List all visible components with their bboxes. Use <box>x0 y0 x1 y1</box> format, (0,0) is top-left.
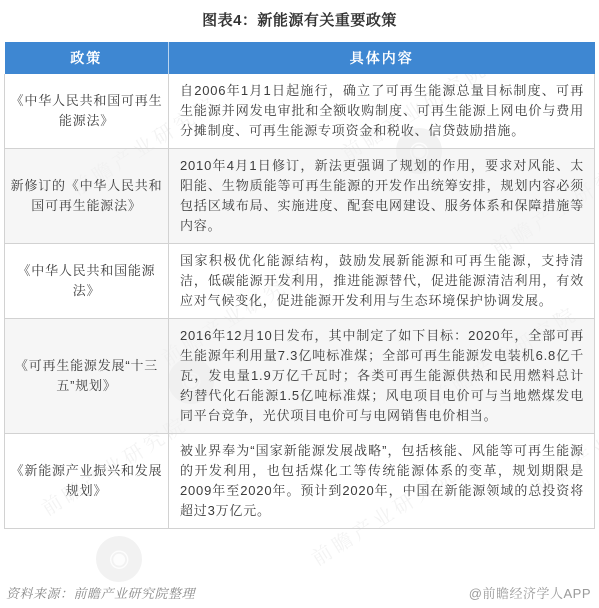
table-row: 《新能源产业振兴和发展规划》 被业界奉为“国家新能源发展战略”，包括核能、风能等… <box>5 434 595 529</box>
policy-table-header: 政策 具体内容 <box>5 42 595 74</box>
policy-table-body: 《中华人民共和国可再生能源法》 自2006年1月1日起施行，确立了可再生能源总量… <box>5 74 595 529</box>
policy-content-cell: 国家积极优化能源结构，鼓励发展新能源和可再生能源，支持清洁，低碳能源开发利用，推… <box>169 244 595 319</box>
policy-name-cell: 《中华人民共和国能源法》 <box>5 244 169 319</box>
header-row: 政策 具体内容 <box>5 42 595 74</box>
report-figure-page: 前瞻产业研究院 前瞻产业研究院 前瞻产业研究院 前瞻产业研究院 前瞻产业研究院 … <box>0 0 599 608</box>
source-note: 资料来源：前瞻产业研究院整理 <box>6 583 195 602</box>
watermark-logo-icon: ◉ <box>90 530 149 589</box>
table-row: 《中华人民共和国可再生能源法》 自2006年1月1日起施行，确立了可再生能源总量… <box>5 74 595 149</box>
table-row: 《中华人民共和国能源法》 国家积极优化能源结构，鼓励发展新能源和可再生能源，支持… <box>5 244 595 319</box>
policy-name-cell: 《可再生能源发展“十三五”规划》 <box>5 319 169 434</box>
column-header-content: 具体内容 <box>169 42 595 74</box>
policy-name-cell: 新修订的《中华人民共和国可再生能源法》 <box>5 149 169 244</box>
policy-name-cell: 《新能源产业振兴和发展规划》 <box>5 434 169 529</box>
table-row: 《可再生能源发展“十三五”规划》 2016年12月10日发布，其中制定了如下目标… <box>5 319 595 434</box>
column-header-policy: 政策 <box>5 42 169 74</box>
policy-content-cell: 自2006年1月1日起施行，确立了可再生能源总量目标制度、可再生能源并网发电审批… <box>169 74 595 149</box>
page-title: 图表4：新能源有关重要政策 <box>0 0 599 30</box>
policy-content-cell: 被业界奉为“国家新能源发展战略”，包括核能、风能等可再生能源的开发利用，也包括煤… <box>169 434 595 529</box>
table-row: 新修订的《中华人民共和国可再生能源法》 2010年4月1日修订，新法更强调了规划… <box>5 149 595 244</box>
brand-credit: @前瞻经济学人APP <box>469 583 591 602</box>
policy-content-cell: 2016年12月10日发布，其中制定了如下目标：2020年，全部可再生能源年利用… <box>169 319 595 434</box>
figure-footer: 资料来源：前瞻产业研究院整理 @前瞻经济学人APP <box>0 583 599 602</box>
policy-name-cell: 《中华人民共和国可再生能源法》 <box>5 74 169 149</box>
policy-content-cell: 2010年4月1日修订，新法更强调了规划的作用，要求对风能、太阳能、生物质能等可… <box>169 149 595 244</box>
policy-table: 政策 具体内容 《中华人民共和国可再生能源法》 自2006年1月1日起施行，确立… <box>4 42 595 529</box>
